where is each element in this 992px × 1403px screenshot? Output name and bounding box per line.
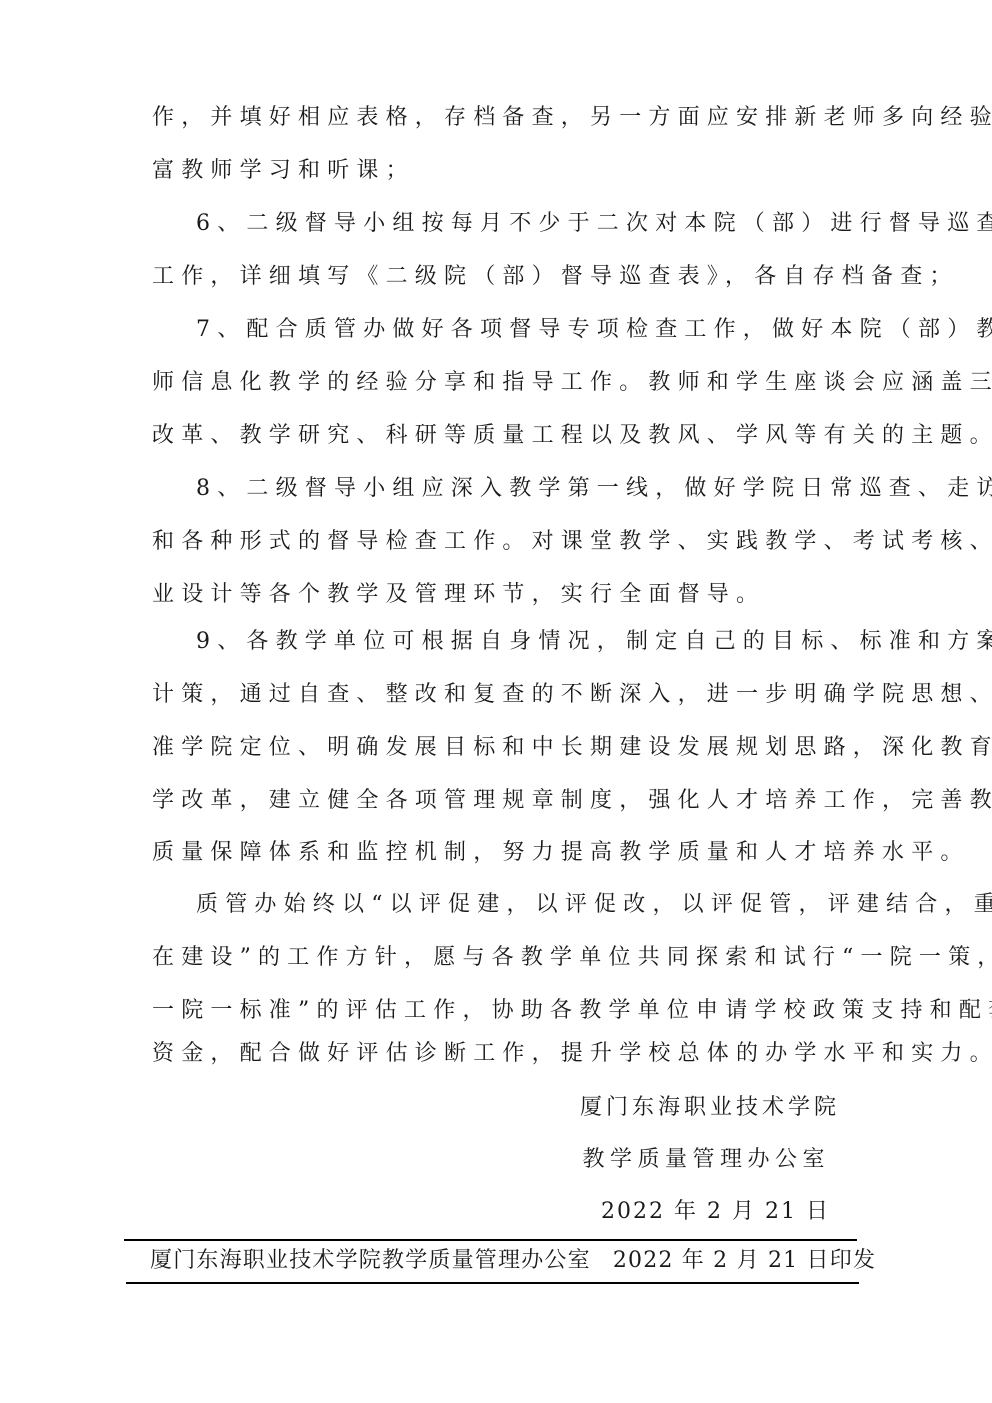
closing-line-1: 质管办始终以“以评促建，以评促改，以评促管，评建结合，重 [196,890,896,920]
item-9-line-1: 9、各教学单位可根据自身情况，制定自己的目标、标准和方案 [196,627,896,657]
item-8-line-2: 和各种形式的督导检查工作。对课堂教学、实践教学、考试考核、毕 [152,527,852,557]
footer-top-rule [124,1239,857,1241]
signature-office: 教学质量管理办公室 [582,1145,830,1175]
item-7-line-1: 7、配合质管办做好各项督导专项检查工作，做好本院（部）教 [196,315,896,345]
signature-school: 厦门东海职业技术学院 [580,1093,840,1123]
body-line-2: 富教师学习和听课； [152,156,852,186]
item-6-line-2: 工作，详细填写《二级院（部）督导巡查表》，各自存档备查； [152,262,852,292]
body-line-1: 作，并填好相应表格，存档备查，另一方面应安排新老师多向经验丰 [152,103,852,133]
closing-line-4: 资金，配合做好评估诊断工作，提升学校总体的办学水平和实力。 [152,1039,852,1069]
item-8-line-3: 业设计等各个教学及管理环节，实行全面督导。 [152,580,852,610]
item-9-line-4: 学改革，建立健全各项管理规章制度，强化人才培养工作，完善教学 [152,786,852,816]
signature-date: 2022 年 2 月 21 日 [601,1197,830,1227]
item-8-line-1: 8、二级督导小组应深入教学第一线，做好学院日常巡查、走访 [196,474,896,504]
item-9-line-5: 质量保障体系和监控机制，努力提高教学质量和人才培养水平。 [152,838,852,868]
item-9-line-3: 准学院定位、明确发展目标和中长期建设发展规划思路，深化教育教 [152,733,852,763]
document-page: 作，并填好相应表格，存档备查，另一方面应安排新老师多向经验丰 富教师学习和听课；… [0,0,992,1403]
footer-bottom-rule [126,1282,859,1284]
item-7-line-3: 改革、教学研究、科研等质量工程以及教风、学风等有关的主题。 [152,421,852,451]
item-7-line-2: 师信息化教学的经验分享和指导工作。教师和学生座谈会应涵盖三教 [152,368,852,398]
item-6-line-1: 6、二级督导小组按每月不少于二次对本院（部）进行督导巡查 [196,209,896,239]
footer-issued-date: 2022 年 2 月 21 日印发 [613,1248,876,1273]
closing-line-3: 一院一标准”的评估工作，协助各教学单位申请学校政策支持和配套 [152,996,852,1026]
footer-issuer: 厦门东海职业技术学院教学质量管理办公室 [150,1248,591,1273]
footer-issuance: 厦门东海职业技术学院教学质量管理办公室2022 年 2 月 21 日印发 [150,1246,876,1276]
closing-line-2: 在建设”的工作方针，愿与各教学单位共同探索和试行“一院一策， [152,943,852,973]
item-9-line-2: 计策，通过自查、整改和复查的不断深入，进一步明确学院思想、找 [152,680,852,710]
